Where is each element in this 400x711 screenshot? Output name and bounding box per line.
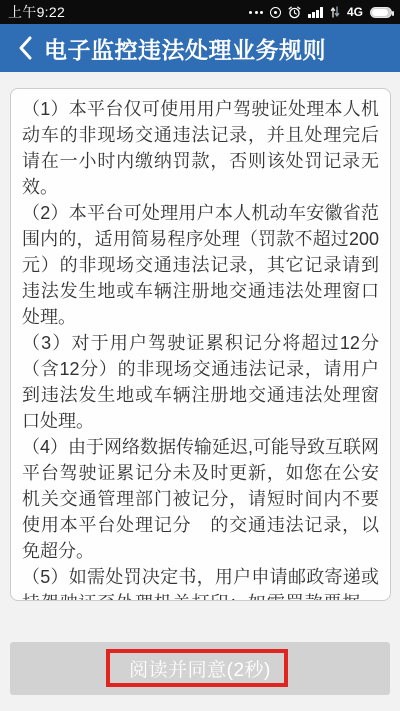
alarm-clock-icon — [288, 6, 301, 19]
more-dots-icon — [249, 11, 263, 14]
rule-item-1: （1）本平台仅可使用用户驾驶证处理本人机动车的非现场交通违法记录，并且处理完后请… — [22, 96, 379, 200]
network-type-label: 4G — [347, 5, 363, 19]
status-time: 上午9:22 — [8, 2, 65, 22]
page-title: 电子监控违法处理业务规则 — [44, 32, 326, 65]
read-and-agree-button[interactable]: 阅读并同意(2秒) — [10, 642, 390, 695]
status-bar: 上午9:22 4G — [0, 0, 400, 24]
rule-item-2: （2）本平台可处理用户本人机动车安徽省范围内的，适用简易程序处理（罚款不超过20… — [22, 200, 379, 330]
rule-item-5: （5）如需处罚决定书，用户申请邮政寄递或持驾驶证至处理机关打印；如需罚款票据，请… — [22, 564, 379, 601]
rule-item-3: （3）对于用户驾驶证累积记分将超过12分（含12分）的非现场交通违法记录，请用户… — [22, 330, 379, 434]
record-circle-icon — [270, 7, 281, 18]
rules-text-box[interactable]: （1）本平台仅可使用用户驾驶证处理本人机动车的非现场交通违法记录，并且处理完后请… — [10, 88, 391, 601]
status-icons: 4G — [249, 0, 392, 24]
back-chevron-icon — [18, 36, 32, 60]
back-button[interactable] — [12, 31, 38, 65]
app-header: 电子监控违法处理业务规则 — [0, 24, 400, 72]
signal-bars-icon — [308, 7, 323, 18]
network-activity-icon — [330, 6, 340, 18]
battery-icon — [370, 7, 392, 18]
rule-item-4: （4）由于网络数据传输延迟,可能导致互联网平台驾驶证累记分未及时更新，如您在公安… — [22, 434, 379, 564]
app-screen: 上午9:22 4G 电子监控违法处理业务规则 — [0, 0, 400, 711]
